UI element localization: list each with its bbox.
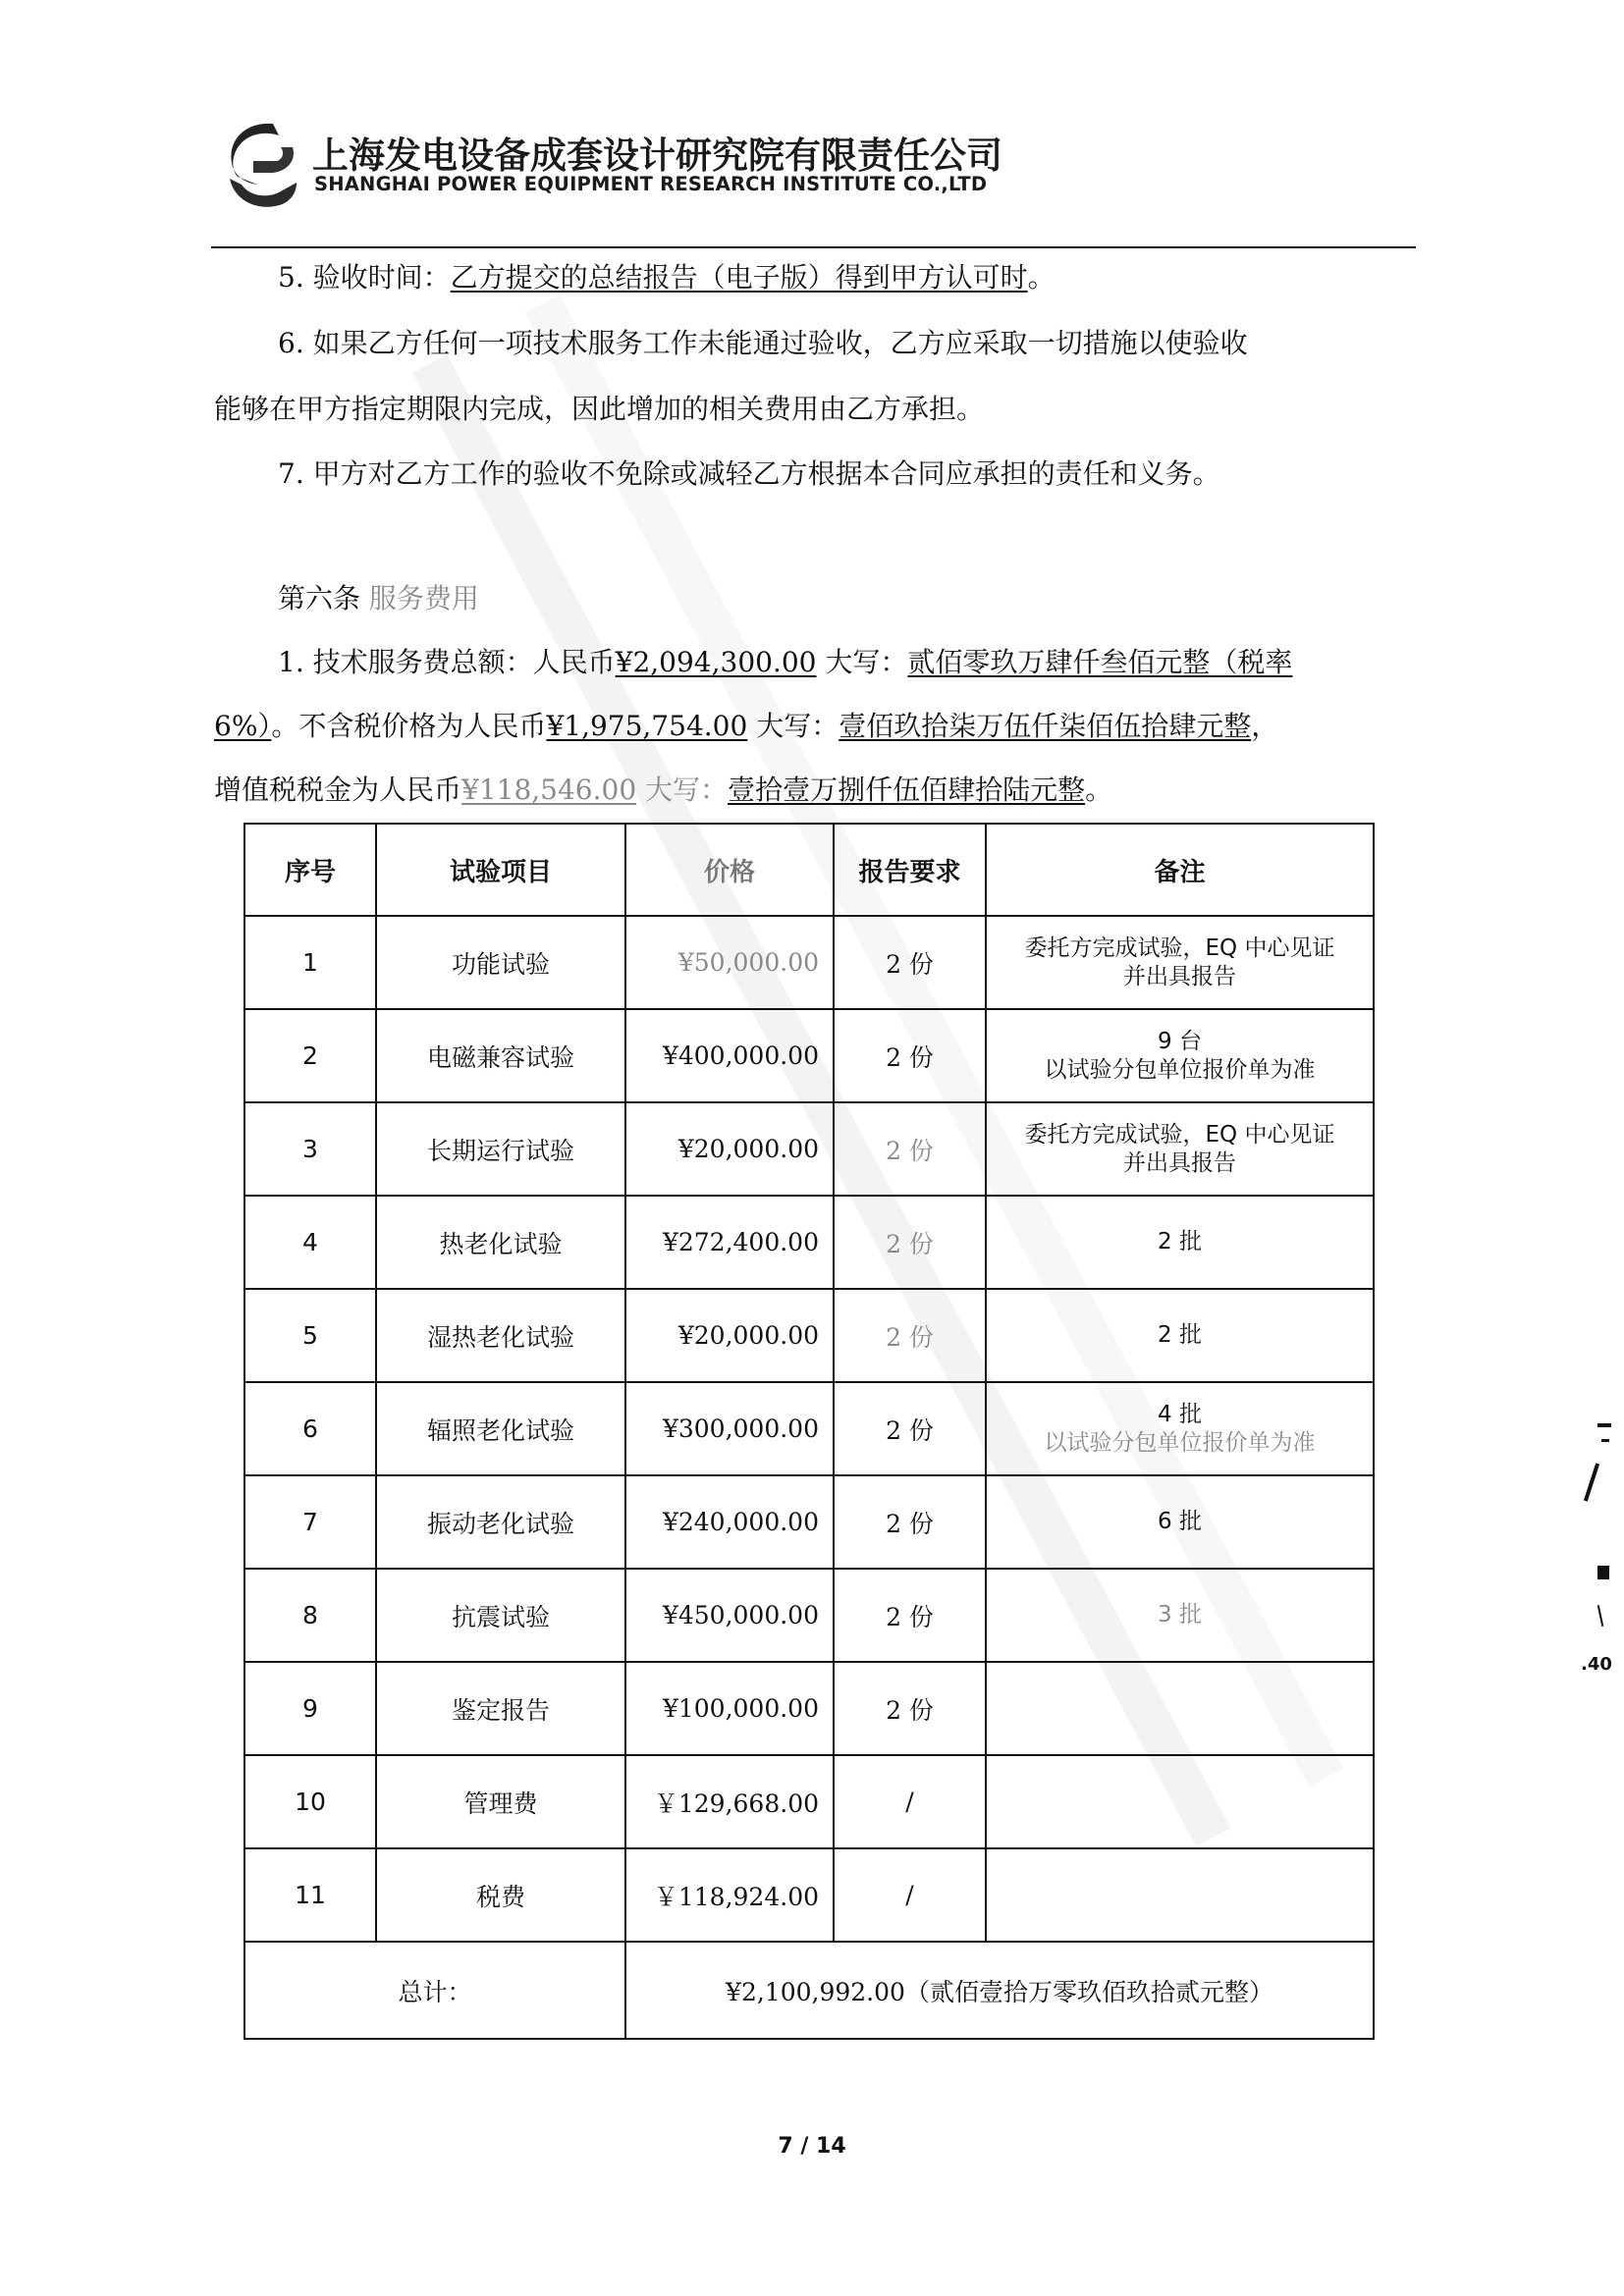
row-note: 6 批 bbox=[986, 1475, 1374, 1569]
note-line-1: 3 批 bbox=[993, 1601, 1367, 1629]
note-line-1: 2 批 bbox=[993, 1321, 1367, 1350]
note-line-2: 以试验分包单位报价单为准 bbox=[993, 1429, 1367, 1458]
table-row: 8 抗震试验 ¥450,000.00 2 份 3 批 bbox=[244, 1569, 1374, 1662]
table-header-row: 序号 试验项目 价格 报告要求 备注 bbox=[244, 824, 1374, 916]
row-no: 2 bbox=[244, 1009, 376, 1102]
row-item: 税费 bbox=[376, 1848, 625, 1942]
row-price: ¥50,000.00 bbox=[625, 916, 834, 1009]
row-note: 委托方完成试验，EQ 中心见证并出具报告 bbox=[986, 916, 1374, 1009]
total-label: 总计： bbox=[244, 1942, 625, 2039]
fee-pretax-mid: 。不含税价格为人民币 bbox=[271, 710, 546, 742]
clause-5-underlined: 乙方提交的总结报告（电子版）得到甲方认可时 bbox=[451, 261, 1028, 294]
table-row: 6 辐照老化试验 ¥300,000.00 2 份 4 批以试验分包单位报价单为准 bbox=[244, 1382, 1374, 1475]
row-price: ¥272,400.00 bbox=[625, 1196, 834, 1289]
row-note: 2 批 bbox=[986, 1289, 1374, 1382]
note-line-2: 以试验分包单位报价单为准 bbox=[993, 1056, 1367, 1085]
note-line-1: 2 批 bbox=[993, 1228, 1367, 1256]
fee-total-amount-cn: 贰佰零玖万肆仟叁佰元整（税率 bbox=[907, 646, 1292, 678]
header-note: 备注 bbox=[986, 824, 1374, 916]
row-no: 3 bbox=[244, 1102, 376, 1196]
row-no: 1 bbox=[244, 916, 376, 1009]
row-no: 8 bbox=[244, 1569, 376, 1662]
fee-vat-prefix: 增值税税金为人民币 bbox=[214, 774, 461, 806]
page-separator: / bbox=[793, 2134, 816, 2159]
row-note: 委托方完成试验，EQ 中心见证并出具报告 bbox=[986, 1102, 1374, 1196]
fee-total-prefix: 1. 技术服务费总额：人民币 bbox=[278, 646, 616, 678]
fee-pretax-line: 6%）。不含税价格为人民币¥1,975,754.00 大写：壹佰玖拾柒万伍仟柒佰… bbox=[214, 709, 1278, 744]
row-price: ¥450,000.00 bbox=[625, 1569, 834, 1662]
fee-vat-line: 增值税税金为人民币¥118,546.00 大写：壹拾壹万捌仟伍佰肆拾陆元整。 bbox=[214, 773, 1112, 808]
note-line-1: 6 批 bbox=[993, 1508, 1367, 1536]
row-item: 功能试验 bbox=[376, 916, 625, 1009]
fee-vat-amount-cn: 壹拾壹万捌仟伍佰肆拾陆元整 bbox=[728, 774, 1085, 806]
row-item: 抗震试验 bbox=[376, 1569, 625, 1662]
row-report: 2 份 bbox=[834, 1196, 986, 1289]
page-number: 7 / 14 bbox=[0, 2134, 1624, 2159]
row-no: 9 bbox=[244, 1662, 376, 1755]
row-price: ¥20,000.00 bbox=[625, 1102, 834, 1196]
note-line-1: 4 批 bbox=[993, 1401, 1367, 1429]
note-line-2: 并出具报告 bbox=[993, 963, 1367, 991]
fee-total-mid: 大写： bbox=[816, 646, 907, 678]
table-row: 10 管理费 ￥129,668.00 / bbox=[244, 1755, 1374, 1848]
row-note bbox=[986, 1662, 1374, 1755]
row-price: ¥20,000.00 bbox=[625, 1289, 834, 1382]
fee-table: 序号 试验项目 价格 报告要求 备注 1 功能试验 ¥50,000.00 2 份… bbox=[244, 823, 1375, 2040]
margin-mark: .40 bbox=[1581, 1654, 1612, 1675]
row-price: ¥100,000.00 bbox=[625, 1662, 834, 1755]
header-no: 序号 bbox=[244, 824, 376, 916]
header-divider bbox=[211, 246, 1416, 248]
row-report: 2 份 bbox=[834, 1569, 986, 1662]
fee-pretax-end: ， bbox=[1251, 710, 1278, 742]
note-line-1: 9 台 bbox=[993, 1028, 1367, 1056]
row-item: 长期运行试验 bbox=[376, 1102, 625, 1196]
row-item: 热老化试验 bbox=[376, 1196, 625, 1289]
header-report: 报告要求 bbox=[834, 824, 986, 916]
page-current: 7 bbox=[778, 2134, 792, 2159]
row-report: / bbox=[834, 1755, 986, 1848]
row-report: 2 份 bbox=[834, 1009, 986, 1102]
row-note: 9 台以试验分包单位报价单为准 bbox=[986, 1009, 1374, 1102]
section-6-number: 第六条 bbox=[278, 582, 360, 614]
row-report: 2 份 bbox=[834, 1662, 986, 1755]
document-page: 上海发电设备成套设计研究院有限责任公司 SHANGHAI POWER EQUIP… bbox=[0, 0, 1624, 2296]
table-total-row: 总计： ¥2,100,992.00（贰佰壹拾万零玖佰玖拾贰元整） bbox=[244, 1942, 1374, 2039]
row-no: 5 bbox=[244, 1289, 376, 1382]
row-item: 辐照老化试验 bbox=[376, 1382, 625, 1475]
section-6-heading: 第六条 服务费用 bbox=[278, 581, 479, 616]
row-note: 4 批以试验分包单位报价单为准 bbox=[986, 1382, 1374, 1475]
clause-6-line-2: 能够在甲方指定期限内完成，因此增加的相关费用由乙方承担。 bbox=[214, 392, 984, 427]
row-note: 3 批 bbox=[986, 1569, 1374, 1662]
row-no: 11 bbox=[244, 1848, 376, 1942]
table-row: 3 长期运行试验 ¥20,000.00 2 份 委托方完成试验，EQ 中心见证并… bbox=[244, 1102, 1374, 1196]
company-name-en: SHANGHAI POWER EQUIPMENT RESEARCH INSTIT… bbox=[314, 173, 987, 195]
row-no: 4 bbox=[244, 1196, 376, 1289]
row-price: ￥129,668.00 bbox=[625, 1755, 834, 1848]
row-report: / bbox=[834, 1848, 986, 1942]
row-item: 管理费 bbox=[376, 1755, 625, 1848]
header-item: 试验项目 bbox=[376, 824, 625, 916]
note-line-1: 委托方完成试验，EQ 中心见证 bbox=[993, 934, 1367, 963]
row-price: ¥240,000.00 bbox=[625, 1475, 834, 1569]
table-row: 11 税费 ￥118,924.00 / bbox=[244, 1848, 1374, 1942]
row-note bbox=[986, 1848, 1374, 1942]
fee-total-amount: ¥2,094,300.00 bbox=[616, 646, 817, 678]
row-no: 10 bbox=[244, 1755, 376, 1848]
margin-scan-marks bbox=[1576, 1364, 1615, 1688]
row-item: 振动老化试验 bbox=[376, 1475, 625, 1569]
row-no: 7 bbox=[244, 1475, 376, 1569]
row-report: 2 份 bbox=[834, 1382, 986, 1475]
table-row: 7 振动老化试验 ¥240,000.00 2 份 6 批 bbox=[244, 1475, 1374, 1569]
row-note: 2 批 bbox=[986, 1196, 1374, 1289]
section-6-title: 服务费用 bbox=[369, 582, 479, 614]
row-report: 2 份 bbox=[834, 916, 986, 1009]
row-item: 湿热老化试验 bbox=[376, 1289, 625, 1382]
row-item: 鉴定报告 bbox=[376, 1662, 625, 1755]
fee-pretax-amount: ¥1,975,754.00 bbox=[546, 710, 747, 742]
company-name-cn: 上海发电设备成套设计研究院有限责任公司 bbox=[312, 126, 1002, 179]
clause-5-label: 5. 验收时间： bbox=[278, 261, 451, 294]
row-note bbox=[986, 1755, 1374, 1848]
total-value: ¥2,100,992.00（贰佰壹拾万零玖佰玖拾贰元整） bbox=[625, 1942, 1374, 2039]
clause-5: 5. 验收时间：乙方提交的总结报告（电子版）得到甲方认可时。 bbox=[278, 260, 1056, 295]
fee-total-line: 1. 技术服务费总额：人民币¥2,094,300.00 大写：贰佰零玖万肆仟叁佰… bbox=[278, 645, 1292, 680]
table-row: 5 湿热老化试验 ¥20,000.00 2 份 2 批 bbox=[244, 1289, 1374, 1382]
clause-7: 7. 甲方对乙方工作的验收不免除或减轻乙方根据本合同应承担的责任和义务。 bbox=[278, 456, 1220, 492]
clause-6-line-1: 6. 如果乙方任何一项技术服务工作未能通过验收，乙方应采取一切措施以使验收 bbox=[278, 326, 1248, 361]
row-report: 2 份 bbox=[834, 1475, 986, 1569]
note-line-2: 并出具报告 bbox=[993, 1149, 1367, 1178]
page-total: 14 bbox=[816, 2134, 846, 2159]
table-row: 2 电磁兼容试验 ¥400,000.00 2 份 9 台以试验分包单位报价单为准 bbox=[244, 1009, 1374, 1102]
fee-pretax-amount-cn: 壹佰玖拾柒万伍仟柒佰伍拾肆元整 bbox=[839, 710, 1251, 742]
company-logo-icon bbox=[224, 120, 300, 210]
note-line-1: 委托方完成试验，EQ 中心见证 bbox=[993, 1121, 1367, 1149]
table-row: 9 鉴定报告 ¥100,000.00 2 份 bbox=[244, 1662, 1374, 1755]
row-price: ¥400,000.00 bbox=[625, 1009, 834, 1102]
row-report: 2 份 bbox=[834, 1102, 986, 1196]
row-price: ￥118,924.00 bbox=[625, 1848, 834, 1942]
tax-rate: 6%） bbox=[214, 710, 271, 742]
fee-pretax-mid2: 大写： bbox=[747, 710, 839, 742]
header-price: 价格 bbox=[625, 824, 834, 916]
row-item: 电磁兼容试验 bbox=[376, 1009, 625, 1102]
row-no: 6 bbox=[244, 1382, 376, 1475]
table-row: 1 功能试验 ¥50,000.00 2 份 委托方完成试验，EQ 中心见证并出具… bbox=[244, 916, 1374, 1009]
clause-5-end: 。 bbox=[1028, 261, 1056, 294]
row-price: ¥300,000.00 bbox=[625, 1382, 834, 1475]
fee-vat-amount: ¥118,546.00 bbox=[461, 774, 636, 806]
table-row: 4 热老化试验 ¥272,400.00 2 份 2 批 bbox=[244, 1196, 1374, 1289]
fee-vat-mid: 大写： bbox=[636, 774, 728, 806]
fee-vat-end: 。 bbox=[1085, 774, 1112, 806]
row-report: 2 份 bbox=[834, 1289, 986, 1382]
